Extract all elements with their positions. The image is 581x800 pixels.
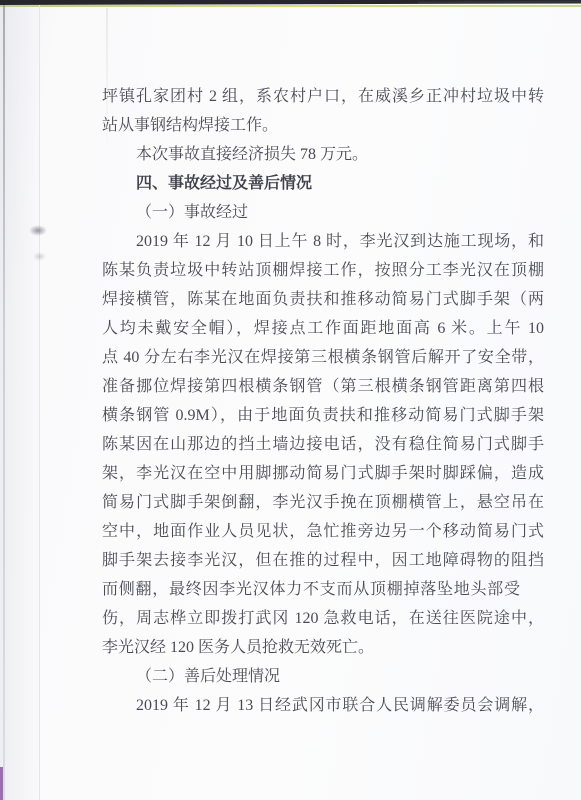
text-line: 而侧翻，最终因李光汉体力不支而从顶棚掉落坠地头部受	[102, 575, 544, 604]
text-line: （一）事故经过	[102, 198, 544, 227]
text-line: 2019 年 12 月 10 日上午 8 时，李光汉到达施工现场，和	[102, 227, 544, 256]
text-line: 坪镇孔家团村 2 组，系农村户口，在威溪乡正冲村垃圾中转	[102, 82, 544, 111]
smudge-mark	[33, 252, 46, 261]
section-heading-line: 四、事故经过及善后情况	[102, 169, 544, 198]
scan-color-fringe	[0, 5, 581, 7]
text-line: 本次事故直接经济损失 78 万元。	[102, 140, 544, 169]
scanned-page: 坪镇孔家团村 2 组，系农村户口，在威溪乡正冲村垃圾中转站从事钢结构焊接工作。本…	[0, 0, 581, 800]
text-line: 架，李光汉在空中用脚挪动简易门式脚手架时脚踩偏，造成	[102, 459, 544, 488]
document-text: 坪镇孔家团村 2 组，系农村户口，在威溪乡正冲村垃圾中转站从事钢结构焊接工作。本…	[102, 82, 544, 720]
text-line: 准备挪位焊接第四根横条钢管（第三根横条钢管距离第四根	[102, 372, 544, 401]
page-left-shadow	[0, 5, 40, 800]
text-line: （二）善后处理情况	[102, 662, 544, 691]
page-fold-line	[39, 5, 40, 800]
smudge-mark	[29, 225, 47, 236]
purple-scan-mark	[0, 767, 3, 800]
page-left-edge-line	[3, 5, 5, 800]
text-line: 人均未戴安全帽），焊接点工作面距地面高 6 米。上午 10	[102, 314, 544, 343]
text-line: 陈某负责垃圾中转站顶棚焊接工作，按照分工李光汉在顶棚	[102, 256, 544, 285]
text-line: 陈某因在山那边的挡土墙边接电话，没有稳住简易门式脚手	[102, 430, 544, 459]
text-line: 横条钢管 0.9M），由于地面负责扶和推移动简易门式脚手架	[102, 401, 544, 430]
text-line: 点 40 分左右李光汉在焊接第三根横条钢管后解开了安全带，	[102, 343, 544, 372]
text-line: 焊接横管，陈某在地面负责扶和推移动简易门式脚手架（两	[102, 285, 544, 314]
text-line: 脚手架去接李光汉，但在推的过程中，因工地障碍物的阻挡	[102, 546, 544, 575]
text-line: 站从事钢结构焊接工作。	[102, 111, 544, 140]
text-line: 空中，地面作业人员见状，急忙推旁边另一个移动简易门式	[102, 517, 544, 546]
text-line: 伤，周志桦立即拨打武冈 120 急救电话，在送往医院途中，	[102, 604, 544, 633]
text-line: 李光汉经 120 医务人员抢救无效死亡。	[102, 633, 544, 662]
text-line: 简易门式脚手架倒翻，李光汉手挽在顶棚横管上，悬空吊在	[102, 488, 544, 517]
text-line: 2019 年 12 月 13 日经武冈市联合人民调解委员会调解，	[102, 691, 544, 720]
